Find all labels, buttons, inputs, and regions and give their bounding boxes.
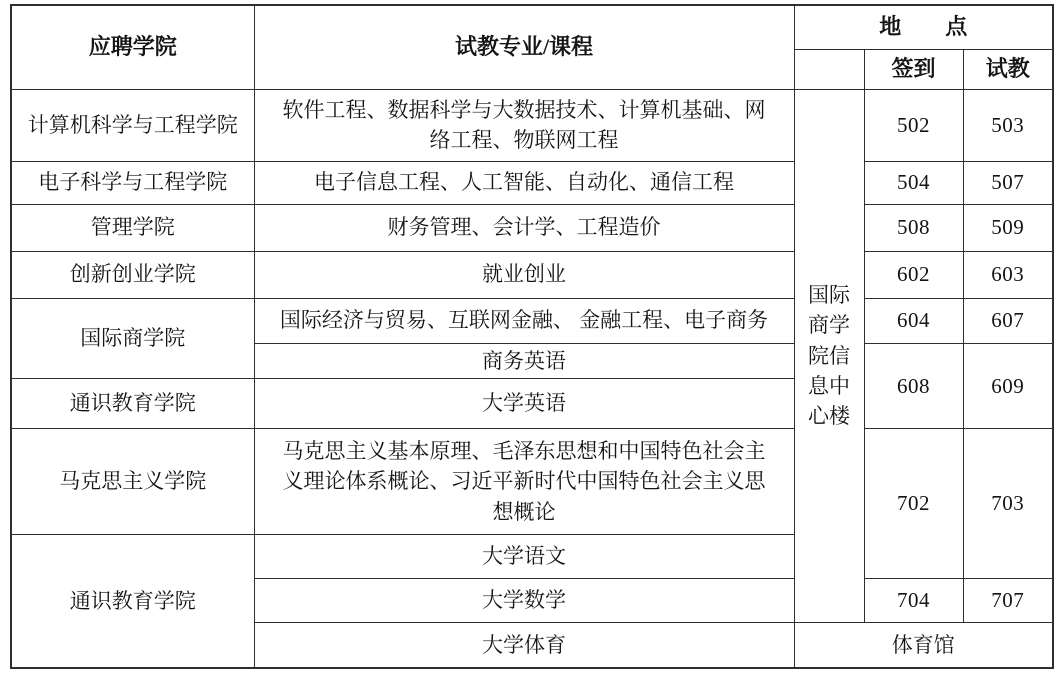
table-row: 计算机科学与工程学院 软件工程、数据科学与大数据技术、计算机基础、网 络工程、物… [11, 89, 1053, 161]
gym-location-cell: 体育馆 [794, 622, 1053, 668]
course-cell: 大学语文 [254, 534, 794, 578]
course-cell: 商务英语 [254, 343, 794, 378]
course-cell: 马克思主义基本原理、毛泽东思想和中国特色社会主 义理论体系概论、习近平新时代中国… [254, 428, 794, 534]
checkin-room-cell: 504 [864, 161, 963, 204]
checkin-room-cell: 704 [864, 578, 963, 622]
header-row-1: 应聘学院 试教专业/课程 地 点 [11, 5, 1053, 49]
building-cell: 国际 商学 院信 息中 心楼 [794, 89, 864, 622]
college-cell: 创新创业学院 [11, 251, 254, 298]
checkin-column-header: 签到 [864, 49, 963, 89]
teach-room-cell: 609 [963, 343, 1053, 428]
college-column-header: 应聘学院 [11, 5, 254, 89]
course-cell: 软件工程、数据科学与大数据技术、计算机基础、网 络工程、物联网工程 [254, 89, 794, 161]
course-cell: 国际经济与贸易、互联网金融、 金融工程、电子商务 [254, 298, 794, 343]
table-row: 国际商学院 国际经济与贸易、互联网金融、 金融工程、电子商务 604 607 [11, 298, 1053, 343]
course-cell: 财务管理、会计学、工程造价 [254, 204, 794, 251]
college-cell: 通识教育学院 [11, 534, 254, 668]
table-row: 管理学院 财务管理、会计学、工程造价 508 509 [11, 204, 1053, 251]
course-cell: 大学数学 [254, 578, 794, 622]
college-cell: 通识教育学院 [11, 378, 254, 428]
checkin-room-cell: 508 [864, 204, 963, 251]
college-cell: 计算机科学与工程学院 [11, 89, 254, 161]
college-cell: 电子科学与工程学院 [11, 161, 254, 204]
teach-room-cell: 507 [963, 161, 1053, 204]
checkin-room-cell: 608 [864, 343, 963, 428]
college-cell: 国际商学院 [11, 298, 254, 378]
course-column-header: 试教专业/课程 [254, 5, 794, 89]
teach-room-cell: 603 [963, 251, 1053, 298]
teach-room-cell: 509 [963, 204, 1053, 251]
teach-room-cell: 607 [963, 298, 1053, 343]
location-spacer-cell [794, 49, 864, 89]
trial-teaching-schedule-table: 应聘学院 试教专业/课程 地 点 签到 试教 计算机科学与工程学院 软件工程、数… [10, 4, 1054, 669]
teach-column-header: 试教 [963, 49, 1053, 89]
course-cell: 大学体育 [254, 622, 794, 668]
teach-room-cell: 503 [963, 89, 1053, 161]
checkin-room-cell: 502 [864, 89, 963, 161]
checkin-room-cell: 702 [864, 428, 963, 578]
location-column-header: 地 点 [794, 5, 1053, 49]
course-cell: 电子信息工程、人工智能、自动化、通信工程 [254, 161, 794, 204]
course-cell: 就业创业 [254, 251, 794, 298]
course-cell: 大学英语 [254, 378, 794, 428]
college-cell: 马克思主义学院 [11, 428, 254, 534]
teach-room-cell: 703 [963, 428, 1053, 578]
teach-room-cell: 707 [963, 578, 1053, 622]
checkin-room-cell: 602 [864, 251, 963, 298]
checkin-room-cell: 604 [864, 298, 963, 343]
table-row: 马克思主义学院 马克思主义基本原理、毛泽东思想和中国特色社会主 义理论体系概论、… [11, 428, 1053, 534]
college-cell: 管理学院 [11, 204, 254, 251]
table-row: 创新创业学院 就业创业 602 603 [11, 251, 1053, 298]
table-row: 电子科学与工程学院 电子信息工程、人工智能、自动化、通信工程 504 507 [11, 161, 1053, 204]
